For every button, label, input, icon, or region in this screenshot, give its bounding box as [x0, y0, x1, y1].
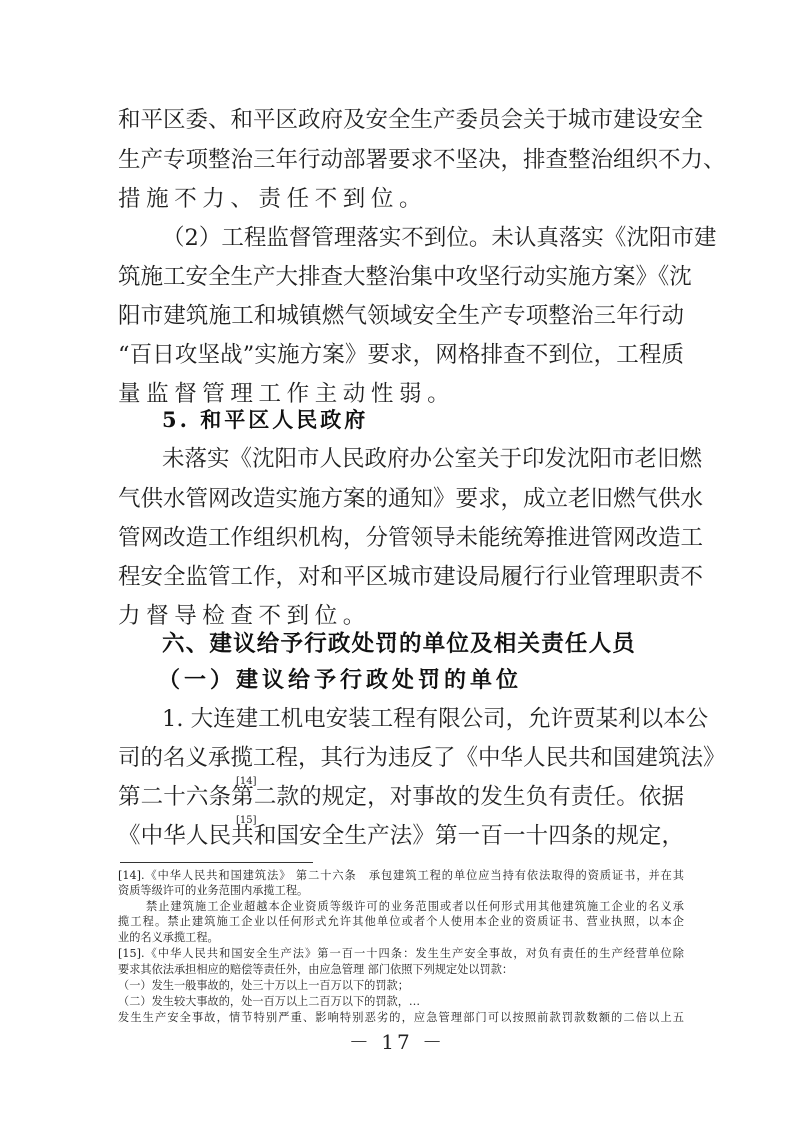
footnote-line: 要求其依法承担相应的赔偿等责任外，由应急管理 部门依照下列规定处以罚款： — [118, 962, 684, 977]
body-text-line: 管网改造工作组织机构，分管领导未能统筹推进管网改造工 — [118, 523, 684, 553]
footnote-line: 资质等级许可的业务范围内承揽工程。 — [118, 883, 684, 898]
text-segment: 的规定，对事故的发生负有责任。依据 — [299, 784, 684, 810]
text-segment: 的规定， — [594, 823, 684, 849]
section-heading-6: 六、建议给予行政处罚的单位及相关责任人员 — [162, 628, 636, 660]
body-text-line: “百日攻坚战”实施方案》要求，网格排查不到位，工程质 — [118, 340, 684, 370]
footnote-separator — [120, 862, 313, 863]
footnote-line: （一）发生一般事故的，处三十万以上一百万以下的罚款； — [118, 978, 684, 993]
footnote-line: 揽工程。禁止建筑施工企业以任何形式允许其他单位或者个人使用本企业的资质证书、营业… — [118, 914, 684, 929]
body-text-line: 和平区委、和平区政府及安全生产委员会关于城市建设安全 — [118, 105, 684, 135]
footnote-line: 发生生产安全事故，情节特别严重、影响特别恶劣的，应急管理部门可以按照前款罚款数额… — [118, 1010, 684, 1025]
subsection-heading: （一）建议给予行政处罚的单位 — [158, 665, 522, 695]
body-text-line: 《中华人民共和国安全生产法》第一百一十四条[15]的规定， — [118, 821, 684, 851]
section-heading-5: 5. 和平区人民政府 — [162, 405, 368, 435]
body-text-line: 力督导检查不到位。 — [118, 601, 684, 631]
text-segment: 《中华人民共和国安全生产法》第一百一十四条 — [118, 823, 594, 849]
footnote-line: （二）发生较大事故的，处一百万以上二百万以下的罚款，… — [118, 994, 684, 1009]
body-text-line: 措施不力、责任不到位。 — [118, 184, 684, 214]
body-text-line: 筑施工安全生产大排查大整治集中攻坚行动实施方案》《沈 — [118, 262, 684, 292]
body-text-line: 气供水管网改造实施方案的通知》要求，成立老旧燃气供水 — [118, 484, 684, 514]
body-text-line: 生产专项整治三年行动部署要求不坚决，排查整治组织不力、 — [118, 145, 684, 175]
document-page: 和平区委、和平区政府及安全生产委员会关于城市建设安全 生产专项整治三年行动部署要… — [0, 0, 794, 1123]
footnote-line: 业的名义承揽工程。 — [118, 930, 684, 945]
body-text-line: 司的名义承揽工程，其行为违反了《中华人民共和国建筑法》 — [118, 743, 684, 773]
body-text-line: （2）工程监督管理落实不到位。未认真落实《沈阳市建 — [162, 223, 684, 253]
body-text-line: 程安全监管工作，对和平区城市建设局履行行业管理职责不 — [118, 562, 684, 592]
body-text-line: 1. 大连建工机电安装工程有限公司，允许贾某利以本公 — [162, 704, 684, 734]
footnote-line: [15].《中华人民共和国安全生产法》第一百一十四条：发生生产安全事故，对负有责… — [118, 946, 684, 961]
body-text-line: 第二十六条第二款[14]的规定，对事故的发生负有责任。依据 — [118, 782, 684, 812]
page-number: － 17 － — [0, 1030, 794, 1054]
body-text-line: 阳市建筑施工和城镇燃气领域安全生产专项整治三年行动 — [118, 301, 684, 331]
text-segment: 第二十六条第二款 — [118, 784, 299, 810]
body-text-line: 未落实《沈阳市人民政府办公室关于印发沈阳市老旧燃 — [162, 444, 684, 474]
footnote-line: [14].《中华人民共和国建筑法》 第二十六条 承包建筑工程的单位应当持有依法取… — [118, 868, 684, 883]
footnote-line: 禁止建筑施工企业超越本企业资质等级许可的业务范围或者以任何形式用其他建筑施工企业… — [146, 899, 684, 914]
